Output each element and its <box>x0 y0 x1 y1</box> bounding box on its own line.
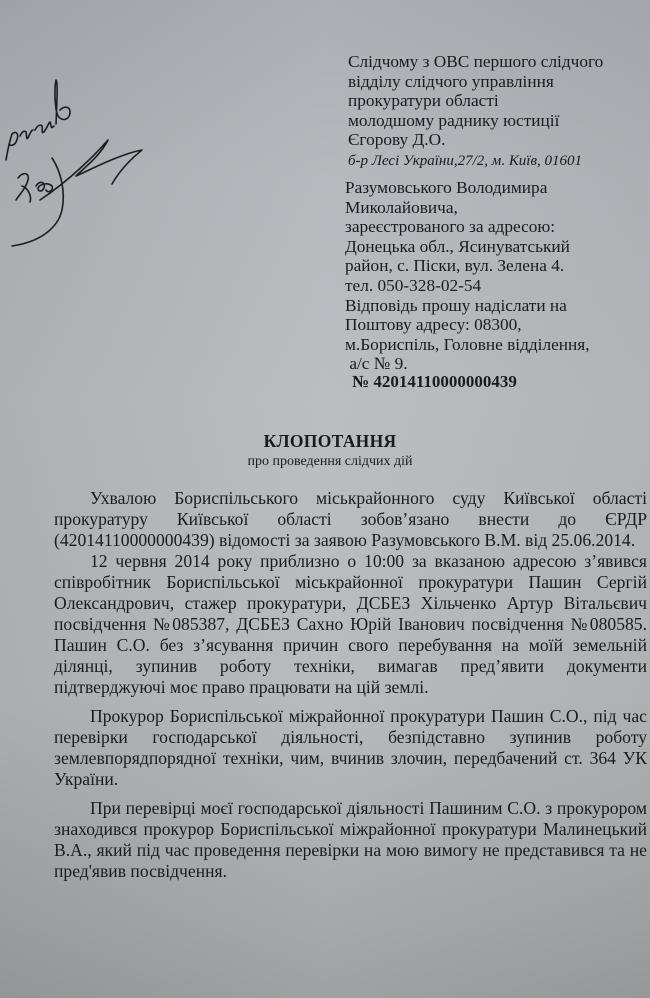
document-title-block: КЛОПОТАННЯ про проведення слідчих дій <box>200 431 460 470</box>
addressee-block: Слідчому з ОВС першого слідчого відділу … <box>348 52 648 172</box>
sender-line: Миколайовича, <box>345 198 650 218</box>
sender-phone: тел. 050-328-02-54 <box>345 276 650 296</box>
addressee-line: відділу слідчого управління <box>348 72 648 92</box>
sender-line: а/с № 9. <box>345 354 650 374</box>
case-number: № 42014110000000439 <box>352 372 517 392</box>
handwritten-signature <box>0 60 170 250</box>
addressee-name: Єгорову Д.О. <box>348 130 648 150</box>
addressee-line: молодшому раднику юстиції <box>348 111 648 131</box>
body-paragraph: При перевірці моєї господарської діяльно… <box>54 798 647 882</box>
sender-line: Донецька обл., Ясинуватський <box>345 237 650 257</box>
sender-line: Відповідь прошу надіслати на <box>345 296 650 316</box>
addressee-line: прокуратури області <box>348 91 648 111</box>
sender-block: Разумовського Володимира Миколайовича, з… <box>345 178 650 374</box>
document-title: КЛОПОТАННЯ <box>200 431 460 452</box>
document-subtitle: про проведення слідчих дій <box>200 454 460 470</box>
body-paragraph: 12 червня 2014 року приблизно о 10:00 за… <box>54 551 647 698</box>
body-paragraph: Прокурор Бориспільської міжрайонної прок… <box>54 706 647 790</box>
sender-line: м.Бориспіль, Головне відділення, <box>345 335 650 355</box>
body-paragraph: Ухвалою Бориспільського міськрайонного с… <box>54 488 647 551</box>
sender-line: Поштову адресу: 08300, <box>345 315 650 335</box>
document-body: Ухвалою Бориспільського міськрайонного с… <box>54 488 647 890</box>
sender-line: Разумовського Володимира <box>345 178 650 198</box>
addressee-address: б-р Лесі України,27/2, м. Київ, 01601 <box>348 150 648 172</box>
addressee-line: Слідчому з ОВС першого слідчого <box>348 52 648 72</box>
sender-line: район, с. Піски, вул. Зелена 4. <box>345 256 650 276</box>
sender-line: зареєстрованого за адресою: <box>345 217 650 237</box>
